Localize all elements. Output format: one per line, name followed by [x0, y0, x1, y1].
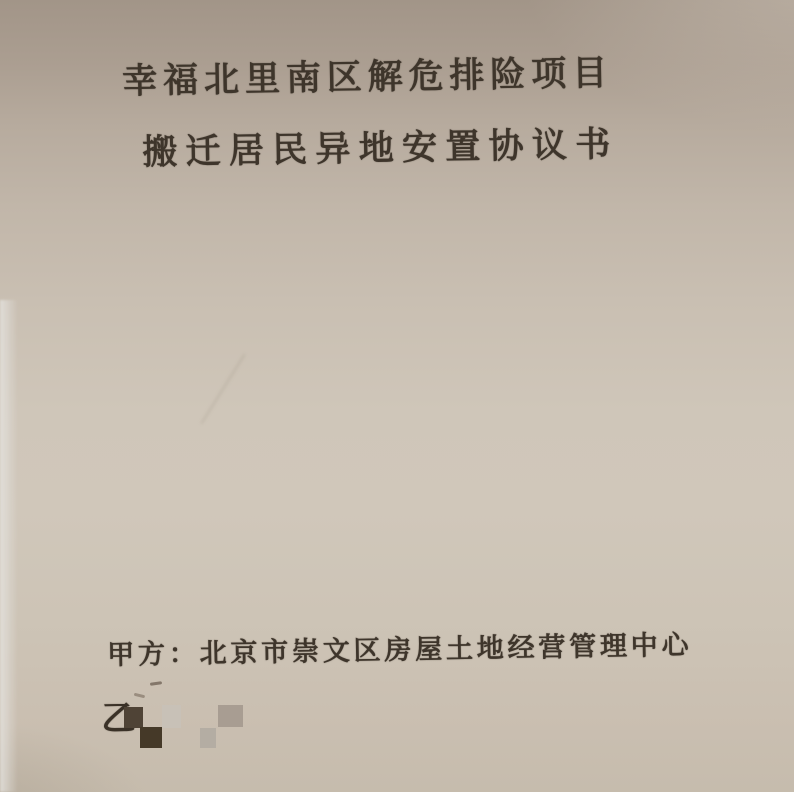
redaction-block: [200, 728, 216, 748]
redaction-block: [124, 707, 143, 728]
paper-crease: [200, 354, 245, 425]
document-title-line1: 幸福北里南区解危排险项目: [122, 55, 613, 99]
stray-pen-mark: [150, 681, 162, 686]
party-a-line: 甲方：北京市崇文区房屋土地经营管理中心: [107, 632, 693, 669]
document-title-line2: 搬迁居民异地安置协议书: [142, 127, 619, 170]
redaction-block: [162, 705, 181, 728]
document-photo: 幸福北里南区解危排险项目 搬迁居民异地安置协议书 甲方：北京市崇文区房屋土地经营…: [0, 0, 794, 792]
redaction-block: [218, 705, 243, 727]
redaction-block: [140, 727, 162, 748]
paper-edge-highlight: [0, 300, 18, 792]
stray-pen-mark: [134, 693, 145, 698]
